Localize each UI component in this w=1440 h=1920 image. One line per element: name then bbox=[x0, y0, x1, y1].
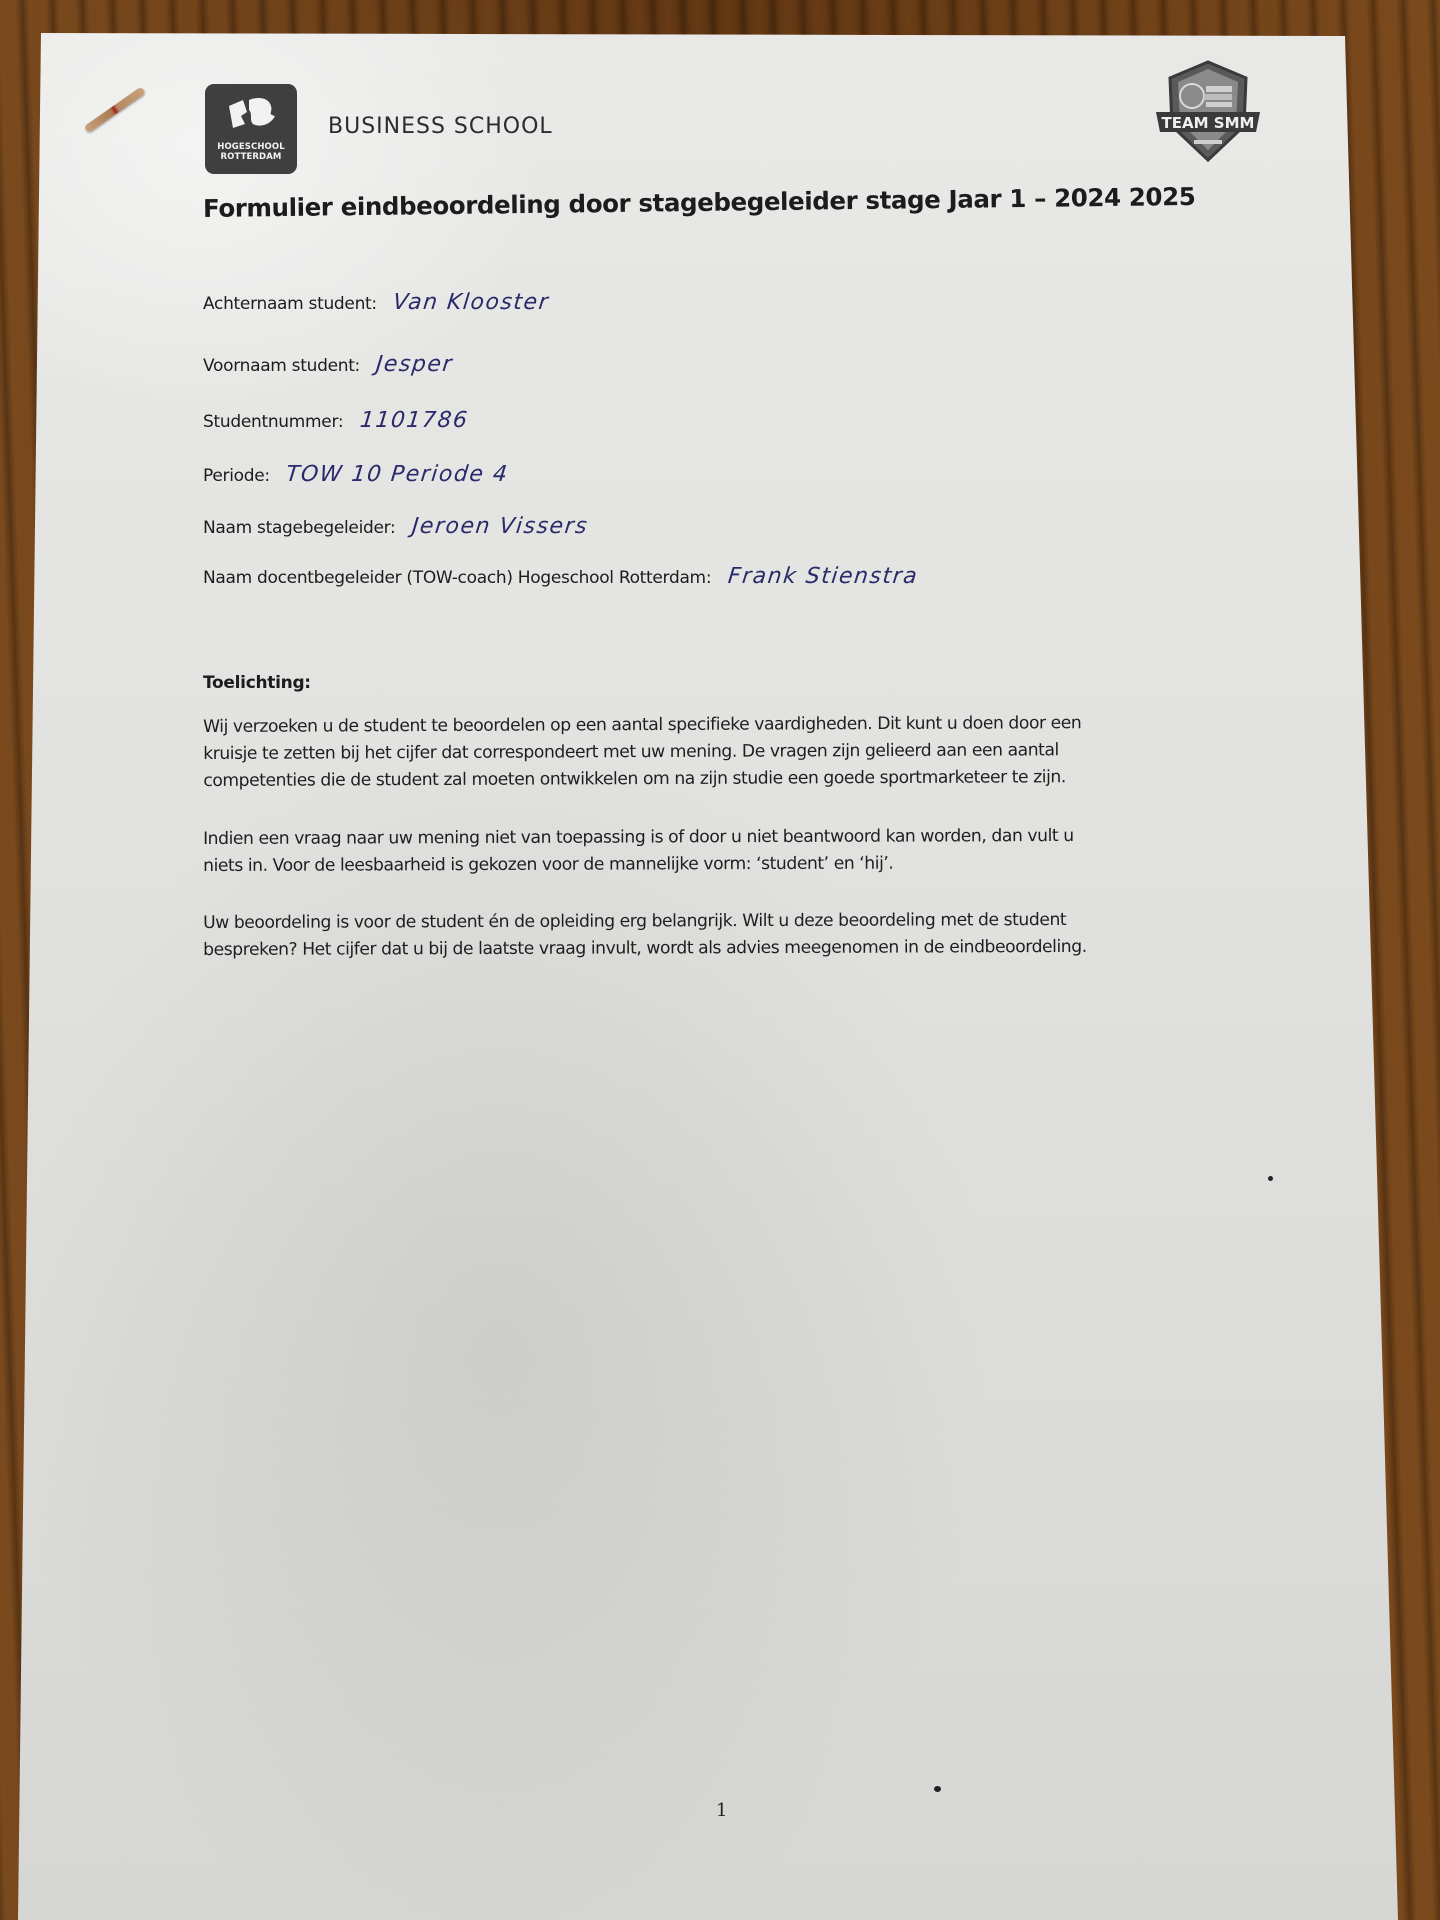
field-label: Naam docentbegeleider (TOW-coach) Hogesc… bbox=[203, 568, 711, 588]
logo-line-2: ROTTERDAM bbox=[205, 152, 297, 162]
svg-text:TEAM SMM: TEAM SMM bbox=[1162, 114, 1255, 132]
hr-logo-mark-icon bbox=[223, 94, 279, 134]
hogeschool-rotterdam-logo: HOGESCHOOL ROTTERDAM bbox=[205, 84, 297, 174]
text-line: niets in. Voor de leesbaarheid is gekoze… bbox=[203, 850, 1203, 880]
paragraph-instructions: Wij verzoeken u de student te beoordelen… bbox=[203, 710, 1203, 795]
paper-speck bbox=[934, 1786, 941, 1792]
team-smm-shield-logo-icon: TEAM SMM bbox=[1150, 56, 1266, 166]
text-line: Wij verzoeken u de student te beoordelen… bbox=[203, 710, 1203, 741]
business-school-label: BUSINESS SCHOOL bbox=[328, 114, 553, 139]
paper-sheet: HOGESCHOOL ROTTERDAM BUSINESS SCHOOL TEA… bbox=[0, 0, 1440, 1920]
text-line: kruisje te zetten bij het cijfer dat cor… bbox=[203, 737, 1203, 768]
field-docentbegeleider: Naam docentbegeleider (TOW-coach) Hogesc… bbox=[203, 564, 918, 589]
paragraph-importance: Uw beoordeling is voor de student én de … bbox=[203, 907, 1203, 964]
field-value-handwritten: TOW 10 Periode 4 bbox=[285, 462, 510, 487]
field-value-handwritten: Jeroen Vissers bbox=[411, 514, 590, 539]
field-value-handwritten: Van Klooster bbox=[392, 290, 551, 315]
field-stagebegeleider: Naam stagebegeleider: Jeroen Vissers bbox=[203, 514, 588, 539]
field-label: Achternaam student: bbox=[203, 294, 377, 314]
text-line: competenties die de student zal moeten o… bbox=[203, 764, 1203, 795]
page-number: 1 bbox=[716, 1800, 727, 1821]
staple bbox=[84, 87, 146, 134]
paper-speck bbox=[1268, 1176, 1273, 1181]
field-achternaam: Achternaam student: Van Klooster bbox=[203, 290, 550, 315]
field-voornaam: Voornaam student: Jesper bbox=[203, 352, 453, 377]
field-value-handwritten: 1101786 bbox=[358, 408, 469, 433]
text-line: Uw beoordeling is voor de student én de … bbox=[203, 907, 1203, 937]
page-title: Formulier eindbeoordeling door stagebege… bbox=[203, 182, 1196, 223]
field-value-handwritten: Jesper bbox=[375, 352, 455, 377]
field-studentnummer: Studentnummer: 1101786 bbox=[203, 408, 468, 433]
logo-line-1: HOGESCHOOL bbox=[205, 142, 297, 152]
field-periode: Periode: TOW 10 Periode 4 bbox=[203, 462, 509, 487]
field-label: Voornaam student: bbox=[203, 356, 360, 376]
field-label: Studentnummer: bbox=[203, 412, 343, 432]
text-line: Indien een vraag naar uw mening niet van… bbox=[203, 823, 1203, 853]
paragraph-not-applicable: Indien een vraag naar uw mening niet van… bbox=[203, 823, 1203, 880]
field-label: Periode: bbox=[203, 466, 270, 486]
field-value-handwritten: Frank Stienstra bbox=[726, 564, 919, 589]
toelichting-heading: Toelichting: bbox=[203, 673, 311, 693]
field-label: Naam stagebegeleider: bbox=[203, 518, 395, 538]
text-line: bespreken? Het cijfer dat u bij de laats… bbox=[203, 934, 1203, 964]
